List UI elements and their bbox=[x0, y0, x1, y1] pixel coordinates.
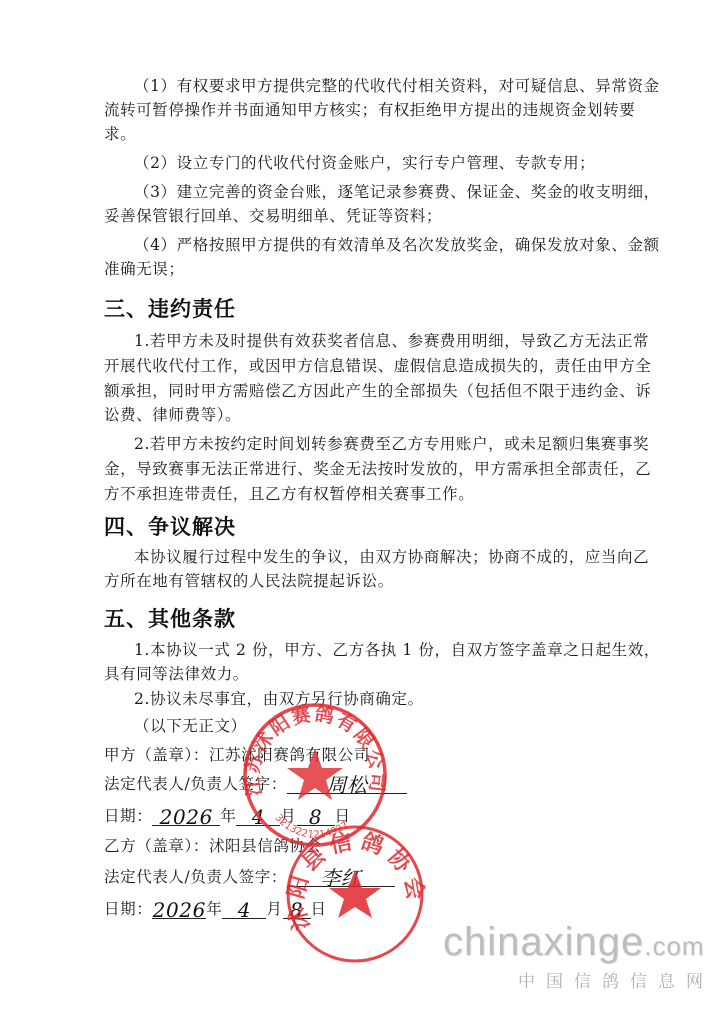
document-page: （1）有权要求甲方提供完整的代收代付相关资料，对可疑信息、异常资金 流转可暂停操… bbox=[0, 0, 720, 1015]
party-a-label: 甲方（盖章）： bbox=[104, 746, 209, 764]
item-2-line-1: （2）设立专门的代收代付资金账户，实行专户管理、专款专用； bbox=[134, 153, 595, 173]
breach-p2-line-3: 方不承担连带责任，且乙方有权暂停相关赛事工作。 bbox=[104, 484, 474, 504]
breach-p1-line-4: 讼费、律师费等）。 bbox=[104, 405, 241, 425]
section-heading-other: 五、其他条款 bbox=[104, 603, 236, 633]
party-a-year: 2026 bbox=[160, 807, 213, 827]
item-1-line-1: （1）有权要求甲方提供完整的代收代付相关资料，对可疑信息、异常资金 bbox=[134, 76, 660, 96]
watermark-suffix: .com bbox=[644, 931, 704, 961]
breach-p2-line-2: 金，导致赛事无法正常进行、奖金无法按时发放的，甲方需承担全部责任，乙 bbox=[104, 459, 651, 479]
item-1-line-2: 流转可暂停操作并书面通知甲方核实；有权拒绝甲方提出的违规资金划转要 bbox=[104, 100, 635, 120]
watermark-main: chinaxinge bbox=[443, 920, 644, 964]
month-unit: 月 bbox=[266, 900, 282, 918]
year-unit: 年 bbox=[220, 807, 236, 825]
party-a-date-label: 日期： bbox=[104, 807, 152, 825]
year-unit: 年 bbox=[206, 900, 222, 918]
item-4-line-1: （4）严格按照甲方提供的有效清单及名次发放奖金，确保发放对象、金额 bbox=[134, 235, 660, 255]
item-1-line-3: 求。 bbox=[104, 124, 136, 144]
item-3-line-2: 妥善保管银行回单、交易明细单、凭证等资料； bbox=[104, 206, 442, 226]
section-heading-breach: 三、违约责任 bbox=[104, 293, 236, 323]
other-p1-line-2: 具有同等法律效力。 bbox=[104, 664, 249, 684]
party-b-rep-label: 法定代表人/负责人签字： bbox=[104, 868, 287, 886]
party-b-year: 2026 bbox=[153, 900, 206, 920]
end-note: （以下无正文） bbox=[134, 716, 247, 736]
dispute-line-1: 本协议履行过程中发生的争议，由双方协商解决；协商不成的，应当向乙 bbox=[134, 547, 649, 567]
breach-p1-line-3: 额承担，同时甲方需赔偿乙方因此产生的全部损失（包括但不限于违约金、诉 bbox=[104, 381, 651, 401]
breach-p2-line-1: 2.若甲方未按约定时间划转参赛费至乙方专用账户，或未足额归集赛事奖 bbox=[134, 434, 649, 454]
breach-p1-line-1: 1.若甲方未及时提供有效获奖者信息、参赛费用明细，导致乙方无法正常 bbox=[134, 331, 649, 351]
association-seal-icon: 沭阳县信鸽协会 bbox=[283, 822, 428, 967]
item-3-line-1: （3）建立完善的资金台账，逐笔记录参赛费、保证金、奖金的收支明细， bbox=[134, 182, 660, 202]
section-heading-dispute: 四、争议解决 bbox=[104, 511, 236, 541]
other-p1-line-1: 1.本协议一式 2 份，甲方、乙方各执 1 份，自双方签字盖章之日起生效， bbox=[134, 640, 660, 660]
party-b-label: 乙方（盖章）： bbox=[104, 837, 209, 855]
item-4-line-2: 准确无误； bbox=[104, 259, 185, 279]
dispute-line-2: 方所在地有管辖权的人民法院提起诉讼。 bbox=[104, 571, 394, 591]
party-b-month: 4 bbox=[238, 900, 251, 920]
party-b-date-label: 日期： bbox=[104, 900, 152, 918]
site-watermark: chinaxinge.com bbox=[443, 920, 705, 965]
breach-p1-line-2: 开展代收代付工作，或因甲方信息错误、虚假信息造成损失的，责任由甲方全 bbox=[104, 356, 651, 376]
watermark-subtitle: 中国信鸽信息网 bbox=[518, 967, 714, 992]
